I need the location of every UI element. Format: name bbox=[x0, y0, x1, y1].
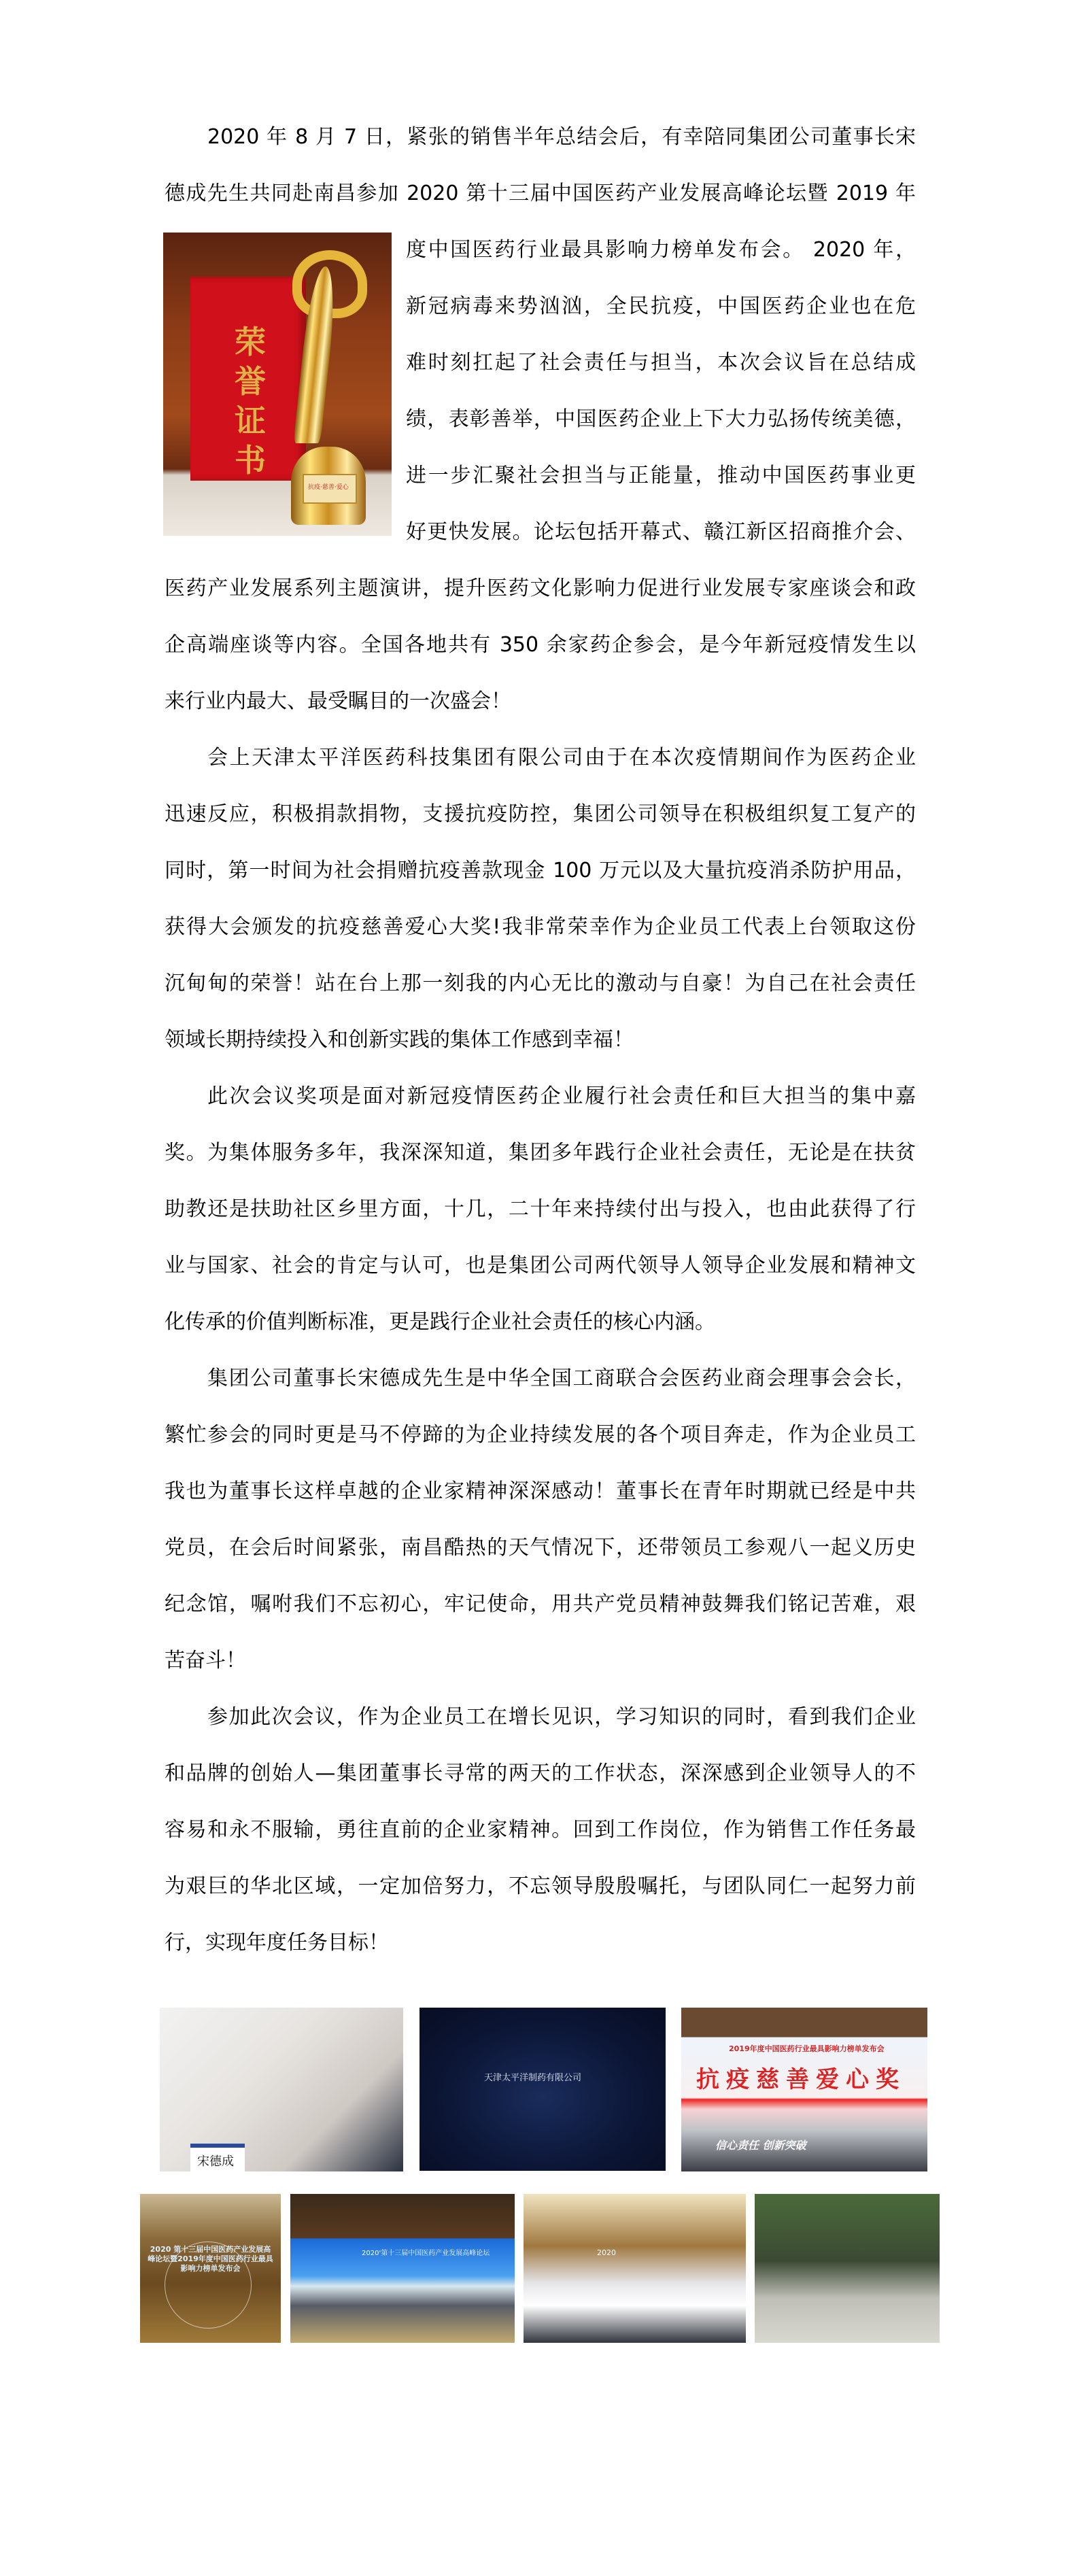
article-line: 企高端座谈等内容。全国各地共有 350 余家药企参会，是今年新冠疫情发生以 bbox=[165, 617, 916, 673]
photo-memorial-group bbox=[755, 2194, 940, 2343]
certificate-char: 书 bbox=[230, 436, 271, 481]
certificate-char: 誉 bbox=[230, 357, 271, 402]
certificate-char: 荣 bbox=[230, 317, 271, 362]
article-line: 此次会议奖项是面对新冠疫情医药企业履行社会责任和巨大担当的集中嘉 bbox=[207, 1068, 916, 1124]
certificate-char: 证 bbox=[230, 396, 271, 441]
article-line: 容易和永不服输，勇往直前的企业家精神。回到工作岗位，作为销售工作任务最 bbox=[165, 1802, 916, 1858]
article-line: 行，实现年度任务目标！ bbox=[165, 1914, 916, 1971]
article-line: 2020 年 8 月 7 日，紧张的销售半年总结会后，有幸陪同集团公司董事长宋 bbox=[207, 109, 916, 165]
trophy-certificate-photo: 荣 誉 证 书 抗疫·慈善·爱心 bbox=[163, 233, 392, 536]
article-line: 同时，第一时间为社会捐赠抗疫善款现金 100 万元以及大量抗疫消杀防护用品， bbox=[165, 842, 916, 899]
article-line: 迅速反应，积极捐款捐物，支援抗疫防控，集团公司领导在积极组织复工复产的 bbox=[165, 786, 916, 842]
article-line: 我也为董事长这样卓越的企业家精神深深感动！董事长在青年时期就已经是中共 bbox=[165, 1463, 916, 1519]
article-line: 苦奋斗！ bbox=[165, 1632, 916, 1689]
photo-chairman-forum: 宋德成 bbox=[160, 2008, 403, 2171]
article-line: 助教还是扶助社区乡里方面，十几，二十年来持续付出与投入，也由此获得了行 bbox=[165, 1181, 916, 1237]
article-line: 党员，在会后时间紧张，南昌酷热的天气情况下，还带领员工参观八一起义历史 bbox=[165, 1519, 916, 1576]
article-line: 进一步汇聚社会担当与正能量，推动中国医药事业更 bbox=[406, 447, 916, 504]
article-line: 难时刻扛起了社会责任与担当，本次会议旨在总结成 bbox=[406, 334, 916, 391]
article-line: 化传承的价值判断标准，更是践行企业社会责任的核心内涵。 bbox=[165, 1294, 916, 1350]
photo-forum-entrance: 2020 第十三届中国医药产业发展高峰论坛暨2019年度中国医药行业最具影响力榜… bbox=[140, 2194, 281, 2343]
trophy-plaque: 抗疫·慈善·爱心 bbox=[303, 474, 357, 504]
honor-certificate: 荣 誉 证 书 bbox=[190, 277, 306, 481]
article-line: 来行业内最大、最受瞩目的一次盛会！ bbox=[165, 673, 916, 729]
article-line: 好更快发展。论坛包括开幕式、赣江新区招商推介会、 bbox=[406, 504, 916, 560]
article-line: 新冠病毒来势汹汹，全民抗疫，中国医药企业也在危 bbox=[406, 278, 916, 334]
photo-award-list-screen: 天津太平洋制药有限公司 bbox=[419, 2008, 666, 2171]
article-line: 繁忙参会的同时更是马不停蹄的为企业持续发展的各个项目奔走，作为企业员工 bbox=[165, 1407, 916, 1463]
article-line: 纪念馆，嘱咐我们不忘初心，牢记使命，用共产党员精神鼓舞我们铭记苦难，艰 bbox=[165, 1576, 916, 1632]
article-line: 为艰巨的华北区域，一定加倍努力，不忘领导殷殷嘱托，与团队同仁一起努力前 bbox=[165, 1858, 916, 1914]
article-line: 获得大会颁发的抗疫慈善爱心大奖!我非常荣幸作为企业员工代表上台领取这份 bbox=[165, 899, 916, 955]
photo-main-stage: 2020'第十三届中国医药产业发展高峰论坛 bbox=[290, 2194, 515, 2343]
photo-award-stage: 2019年度中国医药行业最具影响力榜单发布会 抗疫慈善爱心奖 信心责任 创新突破 bbox=[681, 2008, 927, 2171]
article-line: 医药产业发展系列主题演讲，提升医药文化影响力促进行业发展专家座谈会和政 bbox=[165, 560, 916, 617]
article-line: 和品牌的创始人—集团董事长寻常的两天的工作状态，深深感到企业领导人的不 bbox=[165, 1745, 916, 1802]
article-line: 沉甸甸的荣誉！站在台上那一刻我的内心无比的激动与自豪！为自己在社会责任 bbox=[165, 955, 916, 1012]
article-line: 德成先生共同赴南昌参加 2020 第十三届中国医药产业发展高峰论坛暨 2019 … bbox=[165, 165, 916, 222]
article-line: 领域长期持续投入和创新实践的集体工作感到幸福！ bbox=[165, 1012, 916, 1068]
article-line: 业与国家、社会的肯定与认可，也是集团公司两代领导人领导企业发展和精神文 bbox=[165, 1237, 916, 1294]
article-line: 会上天津太平洋医药科技集团有限公司由于在本次疫情期间作为医药企业 bbox=[207, 729, 916, 786]
photo-conference-hall: 2020 bbox=[524, 2194, 746, 2343]
article-line: 奖。为集体服务多年，我深深知道，集团多年践行企业社会责任，无论是在扶贫 bbox=[165, 1124, 916, 1181]
article-line: 度中国医药行业最具影响力榜单发布会。 2020 年， bbox=[406, 222, 916, 278]
article-line: 绩，表彰善举，中国医药企业上下大力弘扬传统美德， bbox=[406, 391, 916, 447]
article-line: 集团公司董事长宋德成先生是中华全国工商联合会医药业商会理事会会长， bbox=[207, 1350, 916, 1407]
article-line: 参加此次会议，作为企业员工在增长见识，学习知识的同时，看到我们企业 bbox=[207, 1689, 916, 1745]
